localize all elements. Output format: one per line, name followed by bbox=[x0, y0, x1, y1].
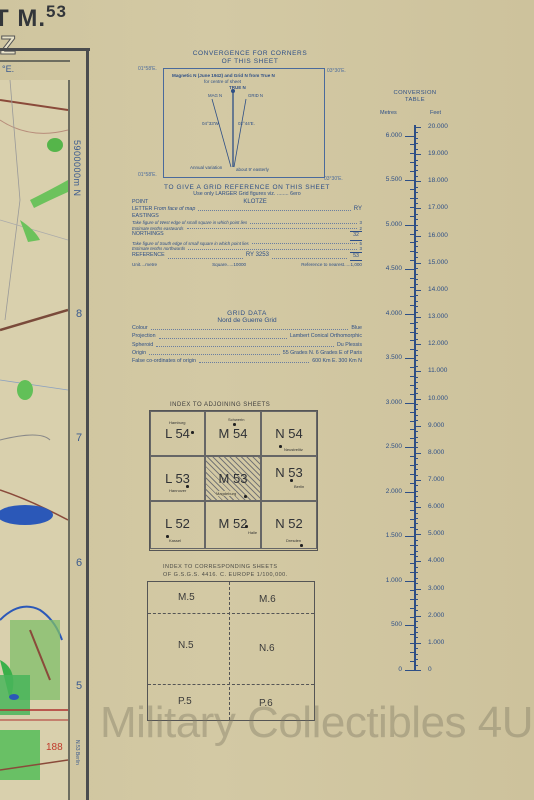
annual-variation-value: about 9' easterly bbox=[236, 167, 269, 172]
grid-number-7: 7 bbox=[76, 432, 82, 444]
feet-label: 0 bbox=[428, 666, 432, 673]
adjoining-cell: N 54Neustrelitz bbox=[261, 411, 317, 456]
edge-note: N.53 Berlin bbox=[74, 740, 80, 765]
frame-line-inner bbox=[0, 60, 70, 62]
letter-label: LETTER bbox=[132, 206, 152, 212]
origin-label: Origin bbox=[132, 349, 146, 357]
unit-value: metre bbox=[145, 262, 157, 267]
annual-variation-label: Annual variation bbox=[190, 165, 222, 170]
metres-label: 0 bbox=[380, 666, 402, 673]
sheet-title: T M.53 bbox=[0, 2, 67, 33]
false-coords-label: False co-ordinates of origin bbox=[132, 357, 196, 365]
feet-label: 20.000 bbox=[428, 123, 448, 130]
feet-label: 3.000 bbox=[428, 585, 444, 592]
corner-bl: 01°58'E. bbox=[138, 172, 157, 178]
false-coords-value: 600 Km E. 300 Km N bbox=[312, 357, 362, 365]
grid-data-title: GRID DATA bbox=[132, 310, 362, 317]
eastings-label: EASTINGS bbox=[132, 213, 159, 220]
corresponding-cell: N.5 bbox=[178, 640, 194, 651]
corresponding-cell: M.5 bbox=[178, 592, 195, 603]
feet-label: 16.000 bbox=[428, 232, 448, 239]
adjoining-cell: M 52Halle bbox=[205, 501, 261, 549]
feet-label: 18.000 bbox=[428, 177, 448, 184]
metres-label: 5.500 bbox=[380, 176, 402, 183]
metres-label: 1.500 bbox=[380, 532, 402, 539]
metres-label: 2.000 bbox=[380, 488, 402, 495]
adjoining-cell: L 53Hannover bbox=[150, 456, 205, 501]
square-label: Square bbox=[212, 262, 227, 267]
adjoining-cell: M 54Schwerin bbox=[205, 411, 261, 456]
feet-label: 2.000 bbox=[428, 612, 444, 619]
letter-value: RY bbox=[354, 206, 362, 213]
reference-label: REFERENCE bbox=[132, 252, 165, 261]
grid-angle: 02°44'E. bbox=[238, 121, 255, 126]
corresponding-cell: N.6 bbox=[259, 643, 275, 654]
grid-reference-title: TO GIVE A GRID REFERENCE ON THIS SHEET bbox=[132, 184, 362, 191]
topographic-map: 188 bbox=[0, 80, 68, 800]
corresponding-title: INDEX TO CORRESPONDING SHEETS OF G.S.G.S… bbox=[163, 563, 288, 579]
feet-label: 9.000 bbox=[428, 422, 444, 429]
mag-angle: 04°33'W. bbox=[202, 121, 220, 126]
feet-label: 8.000 bbox=[428, 449, 444, 456]
unit-label: Unit bbox=[132, 262, 140, 267]
grid-data-subtitle: Nord de Guerre Grid bbox=[132, 317, 362, 324]
adjoining-sheets-index: L 54Hamburg M 54Schwerin N 54Neustrelitz… bbox=[149, 410, 318, 551]
adjoining-cell: L 54Hamburg bbox=[150, 411, 205, 456]
metres-label: 500 bbox=[380, 621, 402, 628]
neatline-inner bbox=[68, 80, 70, 800]
metres-label: 4.500 bbox=[380, 265, 402, 272]
feet-label: 7.000 bbox=[428, 476, 444, 483]
frame-line bbox=[0, 48, 90, 51]
metres-label: 2.500 bbox=[380, 443, 402, 450]
convergence-diagram: Magnetic N (June 1942) and Grid N from T… bbox=[163, 68, 325, 178]
feet-label: 13.000 bbox=[428, 313, 448, 320]
svg-text:188: 188 bbox=[46, 742, 63, 753]
colour-value: Blue bbox=[351, 324, 362, 332]
metres-label: 1.000 bbox=[380, 577, 402, 584]
corner-br: 03°30'E. bbox=[324, 176, 343, 182]
feet-label: 15.000 bbox=[428, 259, 448, 266]
metres-label: 3.500 bbox=[380, 354, 402, 361]
spheroid-value: Du Plessis bbox=[337, 341, 362, 349]
map-sheet: T M.53 Z °E. bbox=[0, 0, 534, 800]
grid-reference-subtitle: Use only LARGER Grid figures viz. bbox=[193, 191, 275, 197]
grid-number-6: 6 bbox=[76, 557, 82, 569]
point-label: POINT bbox=[132, 199, 148, 206]
feet-label: 11.000 bbox=[428, 367, 447, 374]
northings-total: 53 bbox=[350, 252, 362, 261]
feet-label: 17.000 bbox=[428, 204, 448, 211]
point-name: KLOTZE bbox=[148, 199, 362, 206]
feet-label: 19.000 bbox=[428, 150, 448, 157]
watermark: Military Collectibles 4U bbox=[100, 698, 533, 748]
adjoining-cell: N 52Dresden bbox=[261, 501, 317, 549]
square-value: 10000 bbox=[233, 262, 246, 267]
grid-reference-block: TO GIVE A GRID REFERENCE ON THIS SHEET U… bbox=[132, 184, 362, 268]
metres-header: Metres bbox=[380, 110, 397, 116]
corner-label: °E. bbox=[2, 64, 14, 74]
metres-label: 3.000 bbox=[380, 399, 402, 406]
letter-hint: From face of map bbox=[154, 206, 196, 212]
grid-data-block: GRID DATA Nord de Guerre Grid ColourBlue… bbox=[132, 310, 362, 365]
sheet-letter: Z bbox=[0, 30, 16, 61]
spheroid-label: Spheroid bbox=[132, 341, 153, 349]
conversion-title: CONVERSION TABLE bbox=[390, 90, 440, 104]
map-strip: 188 bbox=[0, 80, 68, 800]
corner-tl: 01°58'E. bbox=[138, 66, 157, 72]
northing-label: 5900000m N bbox=[72, 140, 82, 197]
adjoining-cell: L 52Kassel bbox=[150, 501, 205, 549]
colour-label: Colour bbox=[132, 324, 148, 332]
subtitle-example: 6ero bbox=[290, 191, 301, 197]
feet-label: 14.000 bbox=[428, 286, 448, 293]
adjoining-cell-current: M 53Magdeburg bbox=[205, 456, 261, 501]
feet-label: 10.000 bbox=[428, 395, 448, 402]
nearest-value: 1,000 bbox=[350, 262, 362, 267]
grid-number-8: 8 bbox=[76, 308, 82, 320]
feet-label: 12.000 bbox=[428, 340, 448, 347]
reference-value: RY 3253 bbox=[246, 252, 269, 261]
projection-label: Projection bbox=[132, 332, 156, 340]
convergence-title: CONVERGENCE FOR CORNERS OF THIS SHEET bbox=[185, 50, 315, 66]
corresponding-cell: M.6 bbox=[259, 594, 276, 605]
feet-label: 4.000 bbox=[428, 557, 444, 564]
origin-value: 55 Grades N. 6 Grades E of Paris bbox=[283, 349, 362, 357]
metres-label: 4.000 bbox=[380, 310, 402, 317]
northings-label: NORTHINGS bbox=[132, 231, 164, 240]
adjoining-cell: N 53Berlin bbox=[261, 456, 317, 501]
feet-label: 1.000 bbox=[428, 639, 444, 646]
grid-number-5: 5 bbox=[76, 680, 82, 692]
adjoining-title: INDEX TO ADJOINING SHEETS bbox=[170, 402, 270, 408]
feet-label: 6.000 bbox=[428, 503, 444, 510]
neatline bbox=[86, 48, 89, 800]
eastings-total: 32 bbox=[350, 231, 362, 240]
metres-label: 5.000 bbox=[380, 221, 402, 228]
projection-value: Lambert Conical Orthomorphic bbox=[290, 332, 362, 340]
nearest-label: Reference to nearest bbox=[301, 262, 344, 267]
feet-header: Feet bbox=[430, 110, 441, 116]
corner-tr: 03°30'E. bbox=[327, 68, 346, 74]
feet-label: 5.000 bbox=[428, 530, 444, 537]
metres-label: 6.000 bbox=[380, 132, 402, 139]
